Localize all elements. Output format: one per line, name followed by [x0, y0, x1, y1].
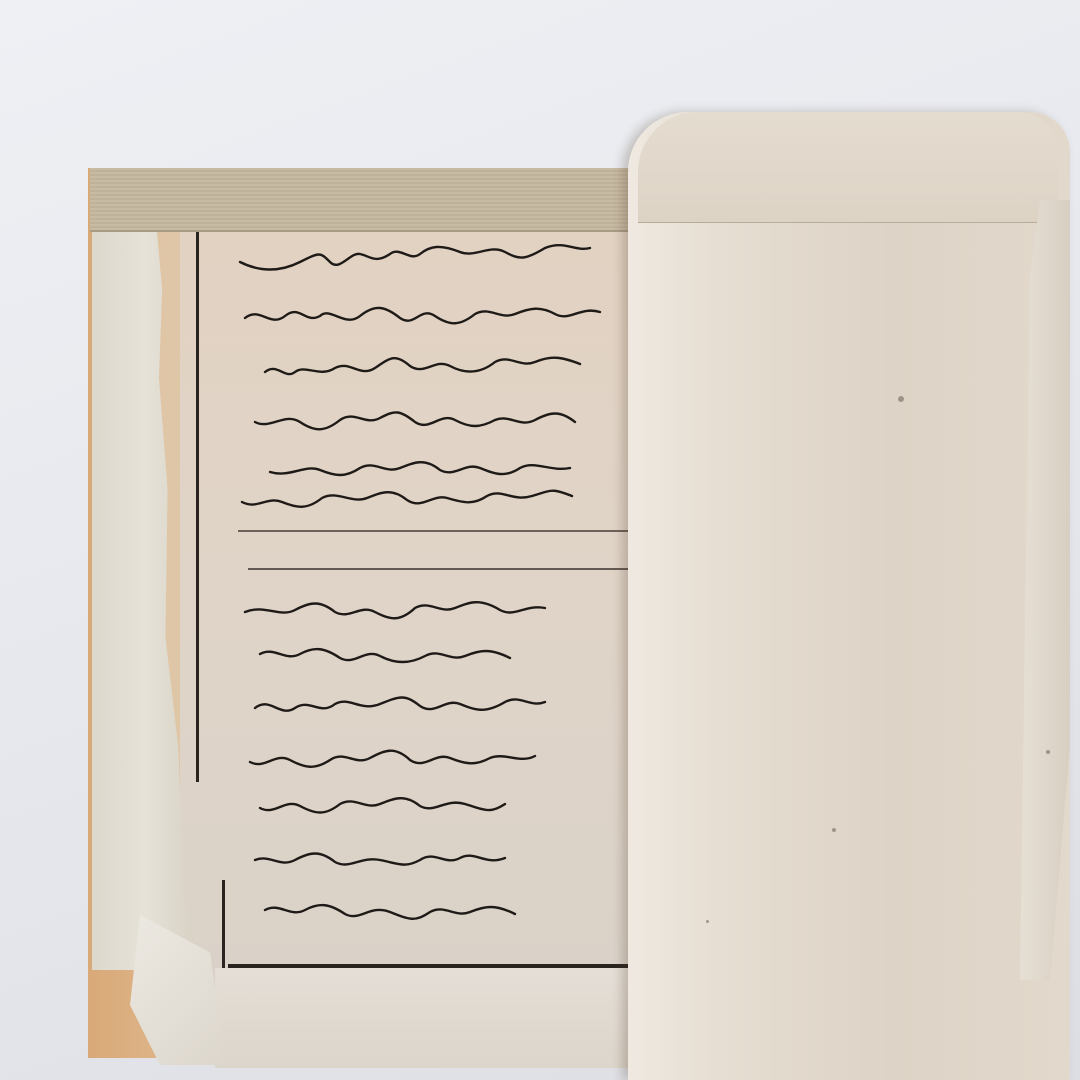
cloth-binding-strip — [90, 168, 640, 232]
paper-spot — [832, 828, 836, 832]
script-line — [260, 649, 510, 662]
script-line — [255, 412, 575, 429]
page-frame-left-line-lower — [222, 880, 225, 968]
page-bottom-margin — [215, 968, 635, 1068]
script-line — [255, 698, 545, 711]
script-line — [250, 751, 535, 767]
script-line — [265, 358, 580, 374]
handwritten-script — [230, 240, 640, 940]
script-line — [260, 798, 505, 812]
script-line — [242, 491, 572, 507]
script-line — [245, 308, 600, 323]
paper-spot — [1046, 750, 1050, 754]
page-frame-left-line — [196, 232, 199, 782]
script-line — [245, 602, 545, 618]
paper-spot — [706, 920, 709, 923]
script-line — [265, 905, 515, 919]
turned-blank-page — [628, 112, 1070, 1080]
script-line — [240, 245, 590, 269]
paper-spot — [898, 396, 904, 402]
page-curl-top — [638, 112, 1058, 223]
script-line — [255, 854, 505, 865]
script-line — [270, 462, 570, 475]
